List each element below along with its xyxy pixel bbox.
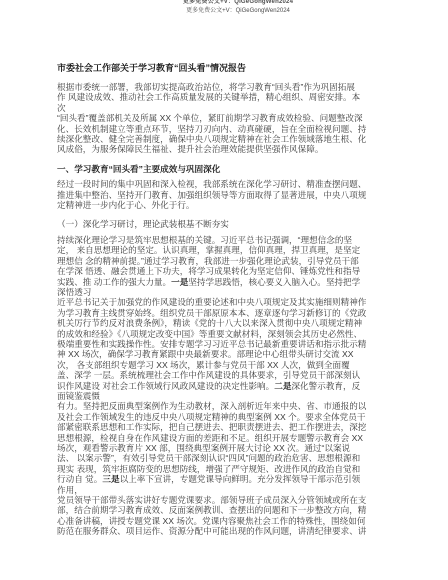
text-line: 及社会工作领域发生的违反中央八项规定精神的典型案例 XX 个。要求全体党员干	[57, 412, 395, 422]
text-run: 深化警示教育，反	[291, 381, 360, 391]
text-run: 心准备讲稿，讲授专题党课 XX 场次。党课内容聚焦社会工作的特殊性，围绕如何	[57, 516, 365, 526]
text-run: 根据市委统一部署，我部切实提高政治站位，将学习教育“回头看”作为巩固拓展	[57, 82, 355, 92]
text-run: 次， 各支部组织专题学习 XX 场次，累计参与党员干部 XX 人次，做到全面覆	[57, 360, 350, 370]
text-line: 根据市委统一部署，我部切实提高政治站位，将学习教育“回头看”作为巩固拓展	[57, 82, 395, 92]
paragraph: 根据市委统一部署，我部切实提高政治站位，将学习教育“回头看”作为巩固拓展作 风建…	[57, 82, 395, 155]
text-run: 法、 以案示警”，有效引导党员干部深刻认识“四风”问题的政治危害、思想根源和	[57, 453, 360, 463]
text-line: 盖、深学 一层。系统梳理社会工作中作风建设的具体要求，引导党员干部深刻认	[57, 370, 395, 380]
text-line: 有力。坚持把反面典型案例作为生动教材，深入剖析近年来中央、省、市通报的以	[57, 401, 395, 411]
text-run: 深悟透习	[57, 287, 91, 297]
text-line: 法、 以案示警”，有效引导党员干部深刻认识“四风”问题的政治危害、思想根源和	[57, 453, 395, 463]
text-line: 持续深化理论学习是筑牢思想根基的关键。习近平总书记强调，“理想信念的坚	[57, 235, 395, 245]
text-run: 化、长效机制建立等重点环节，坚持刀刃向内、动真碰硬，旨在全面检视问题、持	[57, 124, 366, 134]
text-run: 识作风建设 对社会工作领域行风政风建设的决定性影响。	[57, 381, 274, 391]
text-line: 一、学习教育“回头看”主要成效与巩固深化	[57, 164, 395, 174]
text-line: 面镜鉴震慑	[57, 391, 395, 401]
text-run: 定精神进一步内化于心、外化于行。	[57, 200, 195, 210]
text-line: 现实 表现，筑牢拒腐防变的思想防线，增强了严守规矩、改进作风的政治自觉和	[57, 464, 395, 474]
text-line: 经过一段时间的集中巩固和深入检视，我部系统在深化学习研讨、精准查摆问题、	[57, 179, 395, 189]
text-run: 三是	[102, 474, 119, 484]
text-run: 极端重要性和实践操作性。安排专题学习习近平总书记最新重要讲话和指示批示精	[57, 339, 366, 349]
text-line: 部紧密联系思想和工作实际，把自己摆进去、把职责摆进去、把工作摆进去，深挖	[57, 422, 395, 432]
text-line: 次	[57, 103, 395, 113]
text-line: 场次，观看警示教育片 XX 部，围绕典型案例开展大讨论 XX 次。通过“以案说	[57, 443, 395, 453]
text-run: 党员领导干部带头落实讲好专题党课要求。部领导班子成员深入分管领域或所在支	[57, 495, 366, 505]
document-body: 根据市委统一部署，我部切实提高政治站位，将学习教育“回头看”作为巩固拓展作 风建…	[57, 82, 395, 537]
text-run: 场次，观看警示教育片 XX 部，围绕典型案例开展大讨论 XX 次。通过“以案说	[57, 443, 350, 453]
document-page: 更多免费公文+V：QiGeGongWen2024 更多免费公文+V：QiGeGo…	[0, 0, 448, 580]
watermark-line-1: 更多免费公文+V：QiGeGongWen2024	[28, 0, 448, 7]
text-run: （一）深化学习研讨，理论武装根基不断夯实	[57, 219, 229, 229]
text-line: 为学习教育主线贯穿始终。组织党员干部原原本本、逐章逐句学习新修订的《党政	[57, 308, 395, 318]
text-run: 盖、深学 一层。系统梳理社会工作中作风建设的具体要求，引导党员干部深刻认	[57, 370, 360, 380]
text-line: 部，结合前期学习教育成效、反面案例教训、查摆出的问题和下一步整改方向，精	[57, 505, 395, 515]
text-run: 风成俗，为服务保障民生福祉、提升社会治理效能提供坚强作风保障。	[57, 144, 323, 154]
section-heading: 一、学习教育“回头看”主要成效与巩固深化	[57, 164, 395, 174]
text-line: 神 XX 场次，确保学习教育紧跟中央最新要求。部理论中心组带头研讨交流 XX	[57, 349, 395, 359]
text-run: 现实 表现，筑牢拒腐防变的思想防线，增强了严守规矩、改进作风的政治自觉和	[57, 464, 360, 474]
text-run: 及社会工作领域发生的违反中央八项规定精神的典型案例 XX 个。要求全体党员干	[57, 412, 365, 422]
text-run: 面镜鉴震慑	[57, 391, 100, 401]
text-run: 续深化整改、健全完善制度，确保中央八项规定精神在社会工作领域落地生根、化	[57, 134, 366, 144]
text-run: “回头看”覆盖部机关及所属 XX 个单位，紧盯前期学习教育成效检验、问题整改深	[57, 113, 363, 123]
watermark-line-2: 更多免费公文+V：QiGeGongWen2024	[28, 7, 448, 16]
text-line: 机关厉行节约反对浪费条例》，精读《党的十八大以来深入贯彻中央八项规定精神	[57, 318, 395, 328]
text-line: 防范在服务群众、项目运作、资源分配中可能出现的作风问题，讲清纪律要求、讲	[57, 526, 395, 536]
text-line: 推进集中整治、坚持开门教育、加强组织领导等方面取得了显著进展，中央八项规	[57, 190, 395, 200]
text-line: 行动自 觉。三是以上率下宣讲，专题党课导向鲜明。充分发挥领导干部示范引领	[57, 474, 395, 484]
text-line: 续深化整改、健全完善制度，确保中央八项规定精神在社会工作领域落地生根、化	[57, 134, 395, 144]
text-line: 理想信 念的精神前提。”通过学习教育，我部进一步强化理论武装，引导党员干部	[57, 256, 395, 266]
text-run: 经过一段时间的集中巩固和深入检视，我部系统在深化学习研讨、精准查摆问题、	[57, 179, 366, 189]
text-run: 以上率下宣讲，专题党课导向鲜明。充分发挥领导干部示范引领	[120, 474, 361, 484]
text-run: 坚持学思践悟，核心要义入脑入心。坚持把学	[188, 277, 360, 287]
text-line: “回头看”覆盖部机关及所属 XX 个单位，紧盯前期学习教育成效检验、问题整改深	[57, 113, 395, 123]
text-run: 作 风建设成效、推动社会工作高质量发展的关键举措，精心组织、周密安排。本	[57, 92, 360, 102]
text-run: 为学习教育主线贯穿始终。组织党员干部原原本本、逐章逐句学习新修订的《党政	[57, 308, 366, 318]
text-line: （一）深化学习研讨，理论武装根基不断夯实	[57, 219, 395, 229]
text-line: 思想根源，检视自身在作风建设方面的差距和不足。组织开展专题警示教育会 XX	[57, 433, 395, 443]
text-line: 化、长效机制建立等重点环节，坚持刀刃向内、动真碰硬，旨在全面检视问题、持	[57, 124, 395, 134]
text-run: 二是	[274, 381, 291, 391]
watermark: 更多免费公文+V：QiGeGongWen2024 更多免费公文+V：QiGeGo…	[0, 0, 448, 16]
text-run: 的成效和经验》《八项规定改变中国》等重要文献材料，深刻领会其历史必然性、	[57, 329, 362, 339]
text-line: 极端重要性和实践操作性。安排专题学习习近平总书记最新重要讲话和指示批示精	[57, 339, 395, 349]
section-heading: （一）深化学习研讨，理论武装根基不断夯实	[57, 219, 395, 229]
document-content: 市委社会工作部关于学习教育“回头看”情况报告 根据市委统一部署，我部切实提高政治…	[57, 62, 395, 542]
text-line: 近平总书记关于加强党的作风建设的重要论述和中央八项规定及其实施细则精神作	[57, 297, 395, 307]
text-line: 定， 来自思想理论的坚定。认识真理，掌握真理，信仰真理，捍卫真理，是坚定	[57, 245, 395, 255]
text-line: 风成俗，为服务保障民生福祉、提升社会治理效能提供坚强作风保障。	[57, 144, 395, 154]
text-line: 党员领导干部带头落实讲好专题党课要求。部领导班子成员深入分管领域或所在支	[57, 495, 395, 505]
text-line: 的成效和经验》《八项规定改变中国》等重要文献材料，深刻领会其历史必然性、	[57, 329, 395, 339]
text-line: 作用，	[57, 485, 395, 495]
text-line: 作 风建设成效、推动社会工作高质量发展的关键举措，精心组织、周密安排。本	[57, 92, 395, 102]
text-run: 一、学习教育“回头看”主要成效与巩固深化	[57, 164, 220, 174]
text-run: 部紧密联系思想和工作实际，把自己摆进去、把职责摆进去、把工作摆进去，深挖	[57, 422, 366, 432]
text-line: 次， 各支部组织专题学习 XX 场次，累计参与党员干部 XX 人次，做到全面覆	[57, 360, 395, 370]
text-run: 持续深化理论学习是筑牢思想根基的关键。习近平总书记强调，“理想信念的坚	[57, 235, 352, 245]
text-run: 有力。坚持把反面典型案例作为生动教材，深入剖析近年来中央、省、市通报的以	[57, 401, 366, 411]
text-line: 心准备讲稿，讲授专题党课 XX 场次。党课内容聚焦社会工作的特殊性，围绕如何	[57, 516, 395, 526]
text-run: 行动自 觉。	[57, 474, 102, 484]
text-line: 在学深 悟透、融会贯通上下功夫，将学习成果转化为坚定信仰、锤炼党性和指导	[57, 266, 395, 276]
text-line: 识作风建设 对社会工作领域行风政风建设的决定性影响。二是深化警示教育，反	[57, 381, 395, 391]
paragraph: 经过一段时间的集中巩固和深入检视，我部系统在深化学习研讨、精准查摆问题、推进集中…	[57, 179, 395, 210]
text-run: 作用，	[57, 485, 83, 495]
text-run: 在学深 悟透、融会贯通上下功夫，将学习成果转化为坚定信仰、锤炼党性和指导	[57, 266, 360, 276]
text-run: 定， 来自思想理论的坚定。认识真理，掌握真理，信仰真理，捍卫真理，是坚定	[57, 245, 360, 255]
document-title: 市委社会工作部关于学习教育“回头看”情况报告	[57, 62, 395, 74]
text-run: 一是	[171, 277, 188, 287]
text-line: 定精神进一步内化于心、外化于行。	[57, 200, 395, 210]
text-run: 神 XX 场次，确保学习教育紧跟中央最新要求。部理论中心组带头研讨交流 XX	[57, 349, 354, 359]
text-run: 推进集中整治、坚持开门教育、加强组织领导等方面取得了显著进展，中央八项规	[57, 190, 366, 200]
paragraph: 持续深化理论学习是筑牢思想根基的关键。习近平总书记强调，“理想信念的坚定， 来自…	[57, 235, 395, 537]
text-run: 次	[57, 103, 66, 113]
text-run: 思想根源，检视自身在作风建设方面的差距和不足。组织开展专题警示教育会 XX	[57, 433, 363, 443]
text-line: 实践、推 动工作的强大力量。一是坚持学思践悟，核心要义入脑入心。坚持把学	[57, 277, 395, 287]
text-run: 近平总书记关于加强党的作风建设的重要论述和中央八项规定及其实施细则精神作	[57, 297, 366, 307]
text-run: 机关厉行节约反对浪费条例》，精读《党的十八大以来深入贯彻中央八项规定精神	[57, 318, 362, 328]
text-run: 理想信 念的精神前提。”通过学习教育，我部进一步强化理论武装，引导党员干部	[57, 256, 359, 266]
text-line: 深悟透习	[57, 287, 395, 297]
text-run: 实践、推 动工作的强大力量。	[57, 277, 171, 287]
text-run: 防范在服务群众、项目运作、资源分配中可能出现的作风问题，讲清纪律要求、讲	[57, 526, 366, 536]
text-run: 部，结合前期学习教育成效、反面案例教训、查摆出的问题和下一步整改方向，精	[57, 505, 366, 515]
